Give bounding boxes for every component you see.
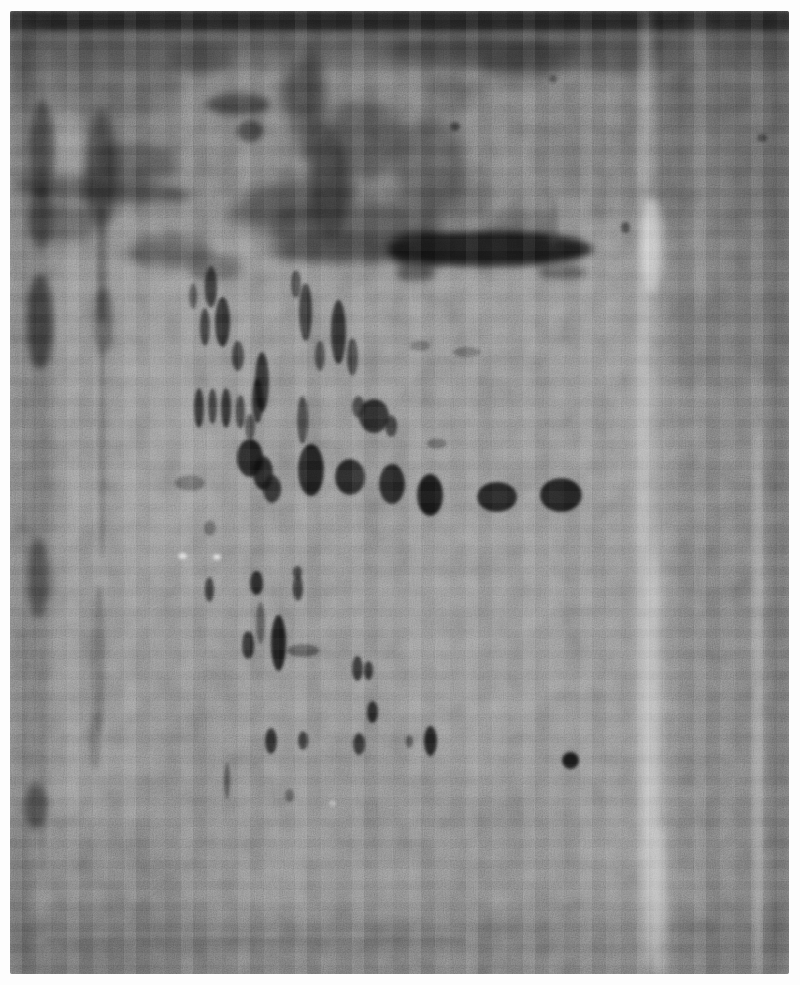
protein-spot	[352, 656, 363, 681]
gel-smudge	[170, 43, 230, 73]
protein-spot	[250, 571, 263, 595]
protein-spot	[204, 520, 216, 536]
gel-smudge	[292, 46, 326, 166]
gel-streak	[32, 90, 52, 870]
gel-shade-region	[45, 938, 465, 944]
gel-smudge	[390, 230, 450, 270]
gel-streak	[25, 783, 47, 829]
gel-shade-region	[530, 285, 650, 485]
protein-spot	[189, 283, 197, 309]
protein-spot	[287, 644, 319, 657]
gel-streak	[96, 202, 108, 322]
protein-spot	[353, 733, 365, 755]
protein-spot	[205, 266, 217, 308]
gel-streak	[646, 540, 662, 974]
protein-spot	[315, 341, 325, 371]
protein-spot	[540, 478, 582, 512]
gel-smudge	[185, 256, 245, 280]
gel-streak	[642, 198, 662, 293]
gel-smudge	[125, 235, 215, 269]
protein-spot	[417, 474, 443, 516]
protein-spot	[208, 388, 217, 424]
gel-streak	[30, 180, 52, 250]
gel-shade-region	[10, 11, 789, 32]
protein-spot	[331, 300, 346, 364]
gel-smudge	[27, 200, 97, 244]
gel-smudge	[265, 236, 425, 264]
gel-highlight-speck	[178, 553, 187, 559]
protein-spot	[298, 731, 308, 750]
protein-spot	[175, 475, 205, 491]
gel-photo	[10, 11, 789, 974]
gel-streak	[28, 538, 48, 618]
protein-spot	[291, 270, 301, 298]
protein-spot	[221, 388, 231, 428]
protein-spot	[194, 388, 204, 428]
protein-spot	[237, 439, 263, 477]
gel-streak	[86, 110, 116, 230]
gel-smudge	[430, 174, 490, 226]
gel-smudge	[264, 200, 446, 256]
gel-shade-region	[54, 95, 96, 235]
gel-smudge	[665, 66, 735, 126]
protein-spot	[427, 438, 447, 449]
protein-spot	[477, 482, 517, 512]
protein-spot	[379, 464, 405, 504]
protein-spot	[252, 379, 263, 423]
protein-spot	[285, 789, 294, 802]
gel-shade-region	[10, 28, 789, 223]
gel-shade-region	[420, 782, 580, 942]
protein-spot	[364, 661, 373, 680]
protein-spot	[621, 222, 630, 233]
gel-smudge	[312, 129, 348, 241]
gel-streak	[27, 275, 53, 370]
protein-spot	[256, 602, 265, 644]
gel-highlight-speck	[213, 554, 221, 560]
gel-smudge	[317, 100, 407, 180]
gel-streak	[94, 287, 112, 357]
protein-spot	[450, 122, 460, 131]
gel-smudge	[548, 197, 558, 247]
gel-shade-region	[127, 245, 197, 405]
protein-spot	[298, 444, 324, 496]
gel-shade-region	[670, 11, 789, 974]
protein-spot	[245, 414, 255, 440]
protein-spot	[562, 752, 579, 769]
protein-spot	[232, 341, 244, 371]
protein-spot	[453, 347, 481, 357]
protein-spot	[297, 396, 308, 444]
gel-smudge	[480, 45, 570, 79]
protein-spot	[253, 456, 273, 490]
protein-spot	[293, 575, 303, 601]
gel-shade-region	[10, 23, 789, 65]
protein-spot	[271, 615, 286, 671]
protein-spot	[215, 297, 230, 347]
protein-spot	[410, 341, 430, 351]
protein-spot	[406, 735, 413, 748]
gel-smudge	[485, 210, 555, 250]
protein-spot	[242, 631, 254, 659]
gel-smudge	[620, 102, 700, 222]
gel-smudge	[50, 41, 180, 123]
gel-shade-region	[90, 360, 240, 580]
protein-spot	[347, 338, 358, 376]
gel-smudge	[395, 264, 435, 282]
protein-spot	[424, 726, 437, 756]
protein-spot	[263, 475, 281, 503]
protein-spot	[200, 308, 210, 346]
gel-streak	[92, 585, 106, 735]
protein-spot	[255, 352, 269, 412]
gel-shade-region	[637, 40, 789, 380]
gel-streak	[680, 11, 720, 310]
gel-smudge	[565, 36, 675, 76]
protein-spot	[293, 566, 302, 579]
protein-spot	[236, 395, 245, 429]
gel-shade-region	[390, 495, 570, 755]
gel-streak	[30, 100, 54, 200]
gel-smudge	[237, 120, 263, 142]
gel-streak	[753, 420, 763, 974]
gel-smudge	[380, 39, 580, 65]
protein-spot	[299, 283, 312, 341]
gel-smudge	[395, 115, 465, 217]
scanned-page	[0, 0, 800, 985]
gel-shade-region	[10, 20, 45, 112]
gel-shade-region	[312, 720, 432, 974]
protein-spot	[549, 75, 557, 83]
gel-smudge	[422, 72, 482, 112]
gel-shade-region	[135, 660, 265, 974]
gel-smudge	[206, 93, 270, 115]
scan-page: { "meta": { "description": "Scanned two-…	[0, 0, 800, 985]
gel-shade-region	[10, 823, 180, 975]
gel-smudge	[530, 102, 590, 182]
gel-streak	[654, 825, 666, 974]
gel-streak	[635, 11, 661, 973]
gel-shade-region	[10, 13, 29, 971]
gel-smudge	[226, 165, 365, 237]
gel-smudge	[279, 67, 321, 117]
gel-paint-layers	[10, 11, 789, 974]
protein-spot	[205, 577, 214, 602]
gel-highlight-speck	[329, 801, 336, 806]
protein-spot	[385, 415, 397, 437]
protein-spot	[367, 701, 378, 723]
gel-streak	[89, 712, 101, 772]
gel-shade-region	[10, 912, 789, 974]
gel-smudge	[95, 141, 175, 185]
gel-smudge	[12, 172, 193, 208]
gel-smudge	[388, 231, 593, 267]
protein-spot	[265, 728, 277, 754]
protein-spot	[352, 396, 365, 418]
protein-spot	[359, 399, 389, 433]
gel-shade-region	[773, 11, 789, 974]
protein-spot	[224, 763, 230, 799]
protein-spot	[335, 459, 365, 495]
gel-streak	[98, 340, 107, 560]
gel-smudge	[538, 265, 588, 279]
protein-spot	[757, 134, 767, 142]
